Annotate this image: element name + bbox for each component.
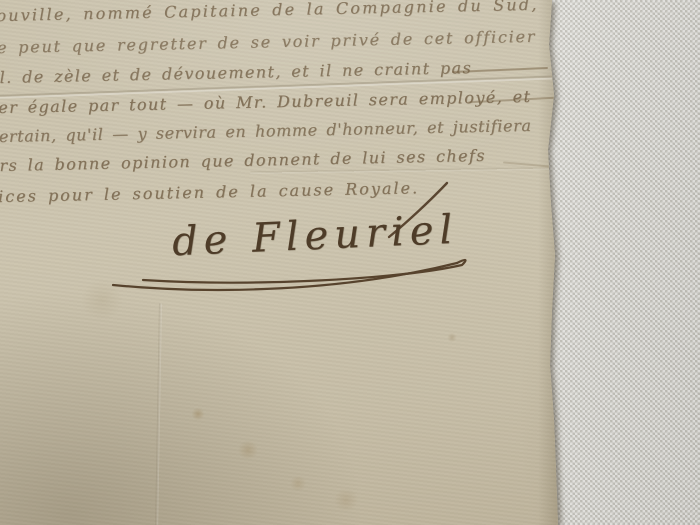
fold-crease-vertical <box>155 303 162 525</box>
handwritten-line-1: ouville, nommé Capitaine de la Compagnie… <box>0 0 539 24</box>
handwritten-line-2: e peut que regretter de se voir privé de… <box>0 29 536 56</box>
signature-flourish <box>105 245 475 293</box>
paper-shadow-wrapper: ouville, nommé Capitaine de la Compagnie… <box>0 0 700 525</box>
foxing-stain <box>333 489 359 511</box>
handwritten-line-5: ertain, qu'il — y servira en homme d'hon… <box>0 118 532 145</box>
foxing-stain <box>289 476 307 491</box>
foxing-stain <box>237 441 259 459</box>
foxing-stain <box>447 333 457 342</box>
photo-frame: ouville, nommé Capitaine de la Compagnie… <box>0 0 700 525</box>
foxing-stain <box>191 408 205 420</box>
manuscript-paper: ouville, nommé Capitaine de la Compagnie… <box>0 0 700 525</box>
handwritten-line-7: ices pour le soutien de la cause Royale. <box>0 180 419 205</box>
